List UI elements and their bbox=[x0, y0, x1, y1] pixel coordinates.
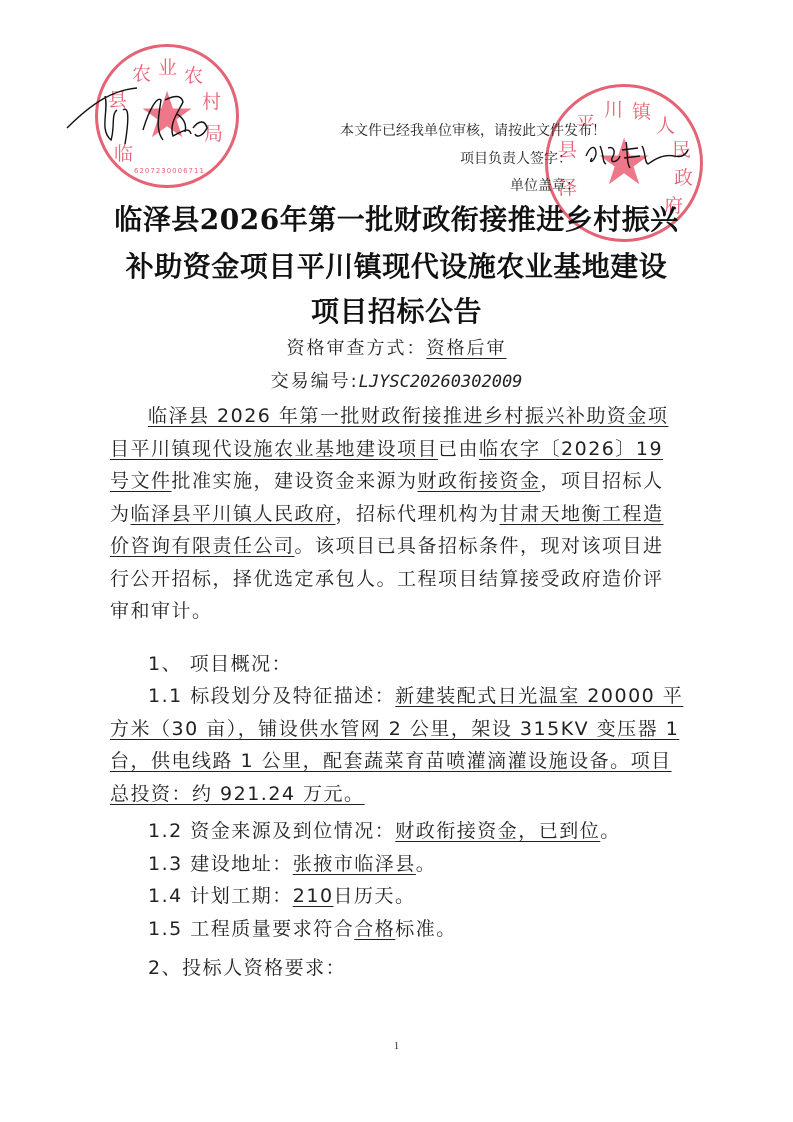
trade-number-label: 交易编号: bbox=[271, 371, 359, 392]
review-method-label: 资格审查方式： bbox=[287, 338, 427, 359]
intro-line: 为临泽县平川镇人民政府，招标代理机构为甘肃天地衡工程造 bbox=[110, 498, 690, 531]
item-1-2: 1.2 资金来源及到位情况：财政衔接资金，已到位。 bbox=[110, 815, 690, 848]
item-line: 台，供电线路 1 公里，配套蔬菜育苗喷灌滴灌设施设备。项目 bbox=[110, 745, 690, 778]
section-heading: 1、 项目概况： bbox=[110, 648, 690, 681]
item-1-3: 1.3 建设地址：张掖市临泽县。 bbox=[110, 848, 690, 881]
text: 。该项目已具备招标条件，现对该项目进 bbox=[295, 535, 664, 557]
item-label: 1.1 标段划分及特征描述： bbox=[148, 685, 395, 707]
section-2-heading: 2、投标人资格要求： bbox=[110, 952, 690, 985]
item-value: 张掖市临泽县 bbox=[293, 853, 416, 875]
intro-line: 目平川镇现代设施农业基地建设项目已由临农字〔2026〕19 bbox=[110, 433, 690, 466]
review-method: 资格审查方式：资格后审 bbox=[0, 334, 793, 360]
item-line: 1.1 标段划分及特征描述：新建装配式日光温室 20000 平 bbox=[110, 680, 690, 713]
item-suffix: 标准。 bbox=[395, 918, 457, 940]
item-label: 1.5 工程质量要求符合 bbox=[148, 918, 354, 940]
item-value: 方米（30 亩），铺设供水管网 2 公里，架设 315KV 变压器 1 bbox=[110, 718, 679, 740]
item-suffix: 。 bbox=[600, 820, 621, 842]
seal-char: 川 bbox=[604, 95, 623, 122]
intro-line: 价咨询有限责任公司。该项目已具备招标条件，现对该项目进 bbox=[110, 530, 690, 563]
text: 为 bbox=[110, 503, 131, 525]
item-suffix: 。 bbox=[416, 853, 437, 875]
approval-doc-part: 号文件 bbox=[110, 470, 172, 492]
page-title-line-2: 补助资金项目平川镇现代设施农业基地建设 bbox=[0, 245, 793, 285]
item-line: 方米（30 亩），铺设供水管网 2 公里，架设 315KV 变压器 1 bbox=[110, 713, 690, 746]
agent-part: 甘肃天地衡工程造 bbox=[500, 503, 664, 525]
total-investment: 总投资：约 921.24 万元。 bbox=[110, 783, 365, 805]
section-1-items: 1.2 资金来源及到位情况：财政衔接资金，已到位。 1.3 建设地址：张掖市临泽… bbox=[110, 815, 690, 945]
signature-right bbox=[582, 136, 692, 172]
item-value: 210 bbox=[293, 885, 334, 907]
text: 已由 bbox=[438, 438, 479, 460]
item-value: 台，供电线路 1 公里，配套蔬菜育苗喷灌滴灌设施设备。项目 bbox=[110, 750, 672, 772]
document-page: 农 业 农 村 局 县 临 ★ 6207230006711 平 川 镇 人 民 … bbox=[0, 0, 793, 1122]
intro-line: 临泽县 2026 年第一批财政衔接推进乡村振兴补助资金项 bbox=[110, 400, 690, 433]
item-line: 总投资：约 921.24 万元。 bbox=[110, 778, 690, 811]
item-value: 合格 bbox=[354, 918, 395, 940]
intro-paragraph: 临泽县 2026 年第一批财政衔接推进乡村振兴补助资金项 目平川镇现代设施农业基… bbox=[110, 400, 690, 628]
item-suffix: 日历天。 bbox=[334, 885, 416, 907]
page-number: 1 bbox=[0, 1040, 793, 1052]
review-method-value: 资格后审 bbox=[427, 338, 507, 359]
item-value: 新建装配式日光温室 20000 平 bbox=[395, 685, 683, 707]
project-lead-signature-label: 项目负责人签字： bbox=[460, 148, 572, 168]
fund-source: 财政衔接资金 bbox=[418, 470, 541, 492]
seal-char: 镇 bbox=[632, 97, 651, 124]
page-title-line-3: 项目招标公告 bbox=[0, 290, 793, 330]
item-1-5: 1.5 工程质量要求符合合格标准。 bbox=[110, 913, 690, 946]
tenderer: 临泽县平川镇人民政府 bbox=[131, 503, 336, 525]
intro-line: 行公开招标，择优选定承包人。工程项目结算接受政府造价评 bbox=[110, 563, 690, 596]
intro-line: 号文件批准实施，建设资金来源为财政衔接资金，项目招标人 bbox=[110, 465, 690, 498]
item-value: 财政衔接资金，已到位 bbox=[395, 820, 600, 842]
trade-number: 交易编号:LJYSC20260302009 bbox=[0, 367, 793, 393]
review-statement: 本文件已经我单位审核，请按此文件发布！ bbox=[340, 120, 606, 140]
section-heading: 2、投标人资格要求： bbox=[110, 952, 690, 985]
page-title-line-1: 临泽县2026年第一批财政衔接推进乡村振兴 bbox=[0, 198, 793, 238]
text: 批准实施，建设资金来源为 bbox=[172, 470, 418, 492]
agent-part: 价咨询有限责任公司 bbox=[110, 535, 295, 557]
seal-char: 人 bbox=[656, 111, 675, 138]
item-label: 1.2 资金来源及到位情况： bbox=[148, 820, 395, 842]
item-label: 1.4 计划工期： bbox=[148, 885, 293, 907]
text: ，项目招标人 bbox=[541, 470, 664, 492]
item-1-1: 1.1 标段划分及特征描述：新建装配式日光温室 20000 平 方米（30 亩）… bbox=[110, 680, 690, 810]
trade-number-value: LJYSC20260302009 bbox=[359, 372, 523, 392]
signature-left bbox=[65, 70, 235, 160]
item-1-4: 1.4 计划工期：210日历天。 bbox=[110, 880, 690, 913]
unit-seal-label: 单位盖章： bbox=[510, 175, 580, 195]
intro-line: 审和审计。 bbox=[110, 595, 690, 628]
text: ，招标代理机构为 bbox=[336, 503, 500, 525]
seal-code: 6207230006711 bbox=[134, 167, 205, 175]
item-label: 1.3 建设地址： bbox=[148, 853, 293, 875]
section-1-heading: 1、 项目概况： bbox=[110, 648, 690, 681]
approval-doc-part: 临农字〔2026〕19 bbox=[479, 438, 663, 460]
project-name-part: 临泽县 2026 年第一批财政衔接推进乡村振兴补助资金项 bbox=[148, 405, 668, 427]
project-name-part: 目平川镇现代设施农业基地建设项目 bbox=[110, 438, 438, 460]
